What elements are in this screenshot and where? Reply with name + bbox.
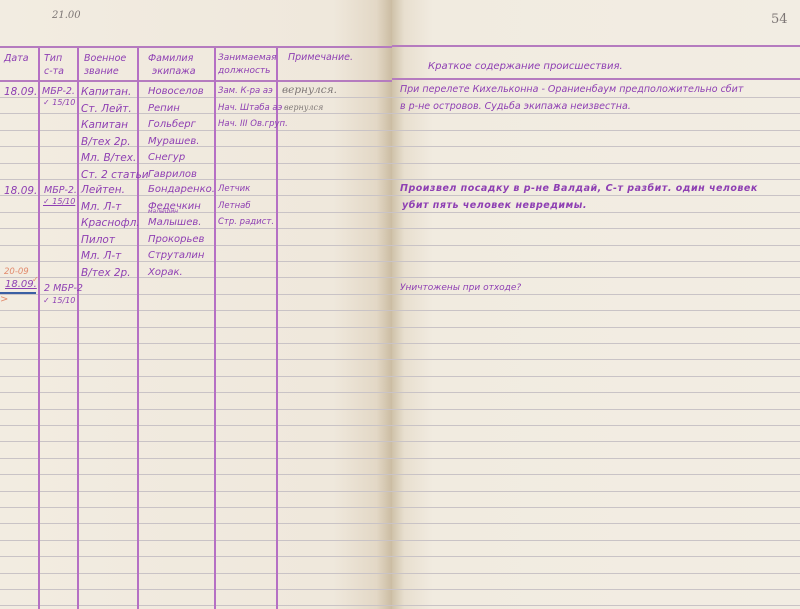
ruled-line [0, 507, 392, 508]
ruled-line [392, 589, 800, 590]
crew-position: Нач. III Ов.груп. [218, 119, 288, 129]
ruled-line [392, 376, 800, 377]
ruled-line [392, 359, 800, 360]
ruled-line [0, 491, 392, 492]
header-top-rule [0, 46, 392, 48]
column-divider [276, 48, 278, 609]
crew-position: Зам. К-ра аэ [218, 86, 273, 96]
crew-rank: Мл. Л-т [81, 250, 121, 262]
entry-2-date: 18.09. [4, 185, 37, 197]
ruled-line [392, 212, 800, 213]
crew-position: Летнаб [218, 201, 251, 211]
crew-name: Новоселов [148, 86, 204, 97]
crew-name: Репин [148, 103, 180, 114]
ruled-line [392, 507, 800, 508]
crew-name: Мурашев. [148, 136, 199, 147]
ruled-line [392, 163, 800, 164]
ruled-line [392, 556, 800, 557]
crew-name: Прокорьев [148, 234, 204, 245]
ruled-line [392, 179, 800, 180]
left-page: 21.00 Дата Тип с-та Военное звание Фамил… [0, 0, 392, 609]
ruled-line [392, 343, 800, 344]
crew-rank: Краснофл. [81, 217, 140, 229]
crew-name: Малышев. [148, 217, 201, 228]
crew-rank: Капитан [81, 119, 128, 131]
description-header: Краткое содержание происшествия. [428, 61, 623, 72]
header-bottom-rule [392, 78, 800, 80]
page-number: 54 [771, 12, 788, 27]
ruled-line [392, 392, 800, 393]
ruled-line [0, 392, 392, 393]
entry-3-type: 2 МБР-2 [44, 283, 83, 294]
column-divider [77, 48, 79, 609]
ruled-line [0, 556, 392, 557]
ruled-line [0, 376, 392, 377]
crew-rank: В/тех 2р. [81, 267, 131, 279]
ruled-line [0, 261, 392, 262]
ruled-line [392, 458, 800, 459]
crew-name: Бондаренко. [148, 184, 215, 195]
header-position: Занимаемая [218, 53, 277, 63]
header-bottom-rule [0, 80, 392, 82]
entry-1-note-2: вернулся [284, 103, 323, 112]
entry-1-note-1: вернулся. [282, 84, 337, 96]
header-surname: Фамилия [148, 53, 193, 64]
header-rank: Военное [84, 53, 126, 64]
ruled-line [0, 359, 392, 360]
ruled-line [0, 573, 392, 574]
ruled-line [0, 277, 392, 278]
crew-name: Хорак. [148, 267, 183, 278]
ruled-line [392, 409, 800, 410]
ruled-line [392, 97, 800, 98]
entry-3-date-mark: ✓ [32, 275, 39, 284]
ruled-line [0, 327, 392, 328]
header-date: Дата [4, 53, 29, 64]
crew-name: Струталин [148, 250, 204, 261]
crew-name: Снегур [148, 152, 185, 163]
crew-rank: В/тех 2р. [81, 136, 131, 148]
column-divider [214, 48, 216, 609]
header-type: Тип [44, 53, 62, 64]
ruled-line [392, 327, 800, 328]
crew-rank: Лейтен. [81, 184, 125, 196]
ruled-line [0, 163, 392, 164]
crew-rank: Мл. Л-т [81, 201, 121, 213]
ruled-line [392, 245, 800, 246]
entry-3-margin-mark: > [0, 294, 8, 305]
ruled-line [392, 113, 800, 114]
ruled-line [392, 441, 800, 442]
crew-position: Стр. радист. [218, 217, 274, 227]
ruled-line [392, 130, 800, 131]
crew-position: Летчик [218, 184, 250, 194]
ruled-line [0, 245, 392, 246]
crew-rank: Капитан. [81, 86, 131, 98]
ruled-line [0, 540, 392, 541]
entry-3-type-note: ✓ 15/10 [43, 296, 75, 305]
crew-rank: Ст. Лейт. [81, 103, 132, 115]
ruled-line [0, 589, 392, 590]
ruled-line [0, 605, 392, 606]
crew-rank: Ст. 2 статьи [81, 169, 149, 181]
ruled-line [0, 130, 392, 131]
crew-name: Гаврилов [148, 169, 197, 180]
ruled-line [0, 310, 392, 311]
ruled-line [392, 425, 800, 426]
ruled-line [392, 474, 800, 475]
ruled-line [392, 277, 800, 278]
entry-2-type-note: ✓ 15/10 [43, 197, 75, 206]
ruled-line [392, 310, 800, 311]
header-rank-2: звание [84, 66, 119, 77]
entry-1-date: 18.09. [4, 86, 37, 98]
ruled-line [0, 425, 392, 426]
ruled-line [0, 228, 392, 229]
column-divider [38, 48, 40, 609]
crew-name: Гольберг [148, 119, 196, 130]
ruled-line [392, 540, 800, 541]
ruled-line [0, 523, 392, 524]
description-2-line-2: убит пять человек невредимы. [402, 200, 587, 211]
entry-1-type: МБР-2. [42, 86, 75, 97]
ruled-line [0, 474, 392, 475]
crew-rank: Мл. В/тех. [81, 152, 136, 164]
description-3-line-1: Уничтожены при отходе? [400, 283, 521, 293]
header-surname-2: экипажа [152, 66, 196, 77]
ruled-line [392, 573, 800, 574]
ruled-line [392, 491, 800, 492]
ruled-line [392, 146, 800, 147]
header-top-rule [392, 45, 800, 47]
description-1-line-2: в р-не островов. Судьба экипажа неизвест… [400, 101, 631, 112]
description-1-line-1: При перелете Кихельконна - Ораниенбаум п… [400, 84, 743, 95]
crew-position: Нач. Штаба аэ [218, 103, 282, 113]
ruled-line [392, 294, 800, 295]
right-page: 54 Краткое содержание происшествия. При … [392, 0, 800, 609]
column-divider [137, 48, 139, 609]
ruled-line [392, 605, 800, 606]
ruled-line [0, 441, 392, 442]
ruled-line [392, 228, 800, 229]
header-position-2: должность [218, 66, 270, 76]
ruled-line [0, 458, 392, 459]
crew-rank: Пилот [81, 234, 115, 246]
ruled-line [392, 523, 800, 524]
description-2-line-1: Произвел посадку в р-не Валдай, С-т разб… [400, 183, 758, 194]
ruled-line [392, 195, 800, 196]
ruled-line [0, 113, 392, 114]
entry-2-name-correction: малышин [148, 208, 178, 215]
ruled-line [0, 212, 392, 213]
ruled-line [0, 343, 392, 344]
header-notes: Примечание. [288, 52, 353, 63]
ruled-line [0, 409, 392, 410]
top-time-note: 21.00 [52, 10, 81, 21]
entry-1-type-note: ✓ 15/10 [43, 98, 75, 107]
header-type-2: с-та [44, 66, 64, 77]
entry-3-time-note: 20-09 [4, 267, 29, 277]
ruled-line [392, 261, 800, 262]
entry-2-type: МБР-2. [44, 185, 77, 196]
